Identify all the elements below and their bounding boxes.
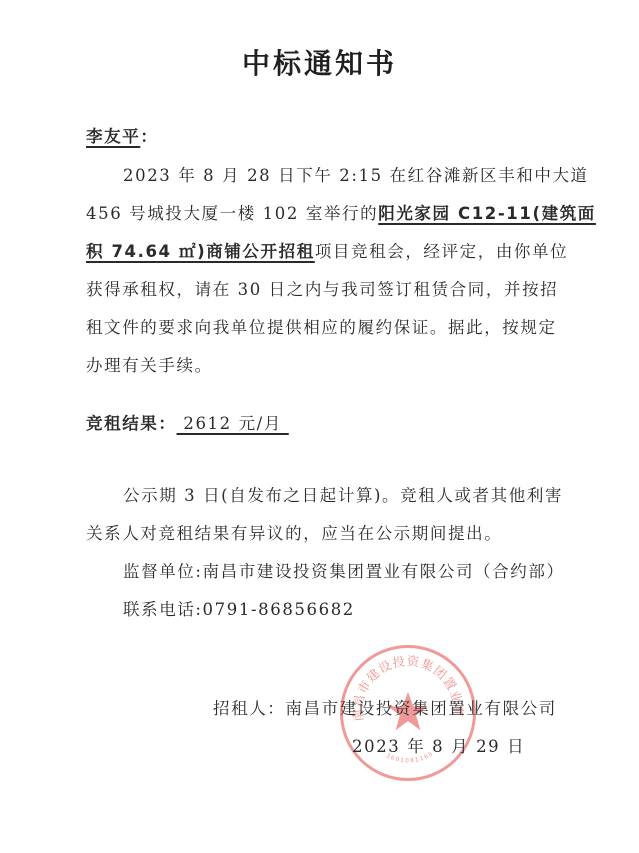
body-line-1: 2023 年 8 月 28 日下午 2:15 在红谷滩新区丰和中大道 — [123, 165, 589, 187]
body-line-3: 积 74.64 ㎡)商铺公开招租项目竞租会，经评定，由你单位 — [86, 241, 568, 263]
notice-line-2: 关系人对竞租结果有异议的，应当在公示期间提出。 — [86, 523, 502, 545]
signer-line: 招租人：南昌市建设投资集团置业有限公司 — [213, 698, 557, 720]
salutation: 李友平： — [86, 126, 158, 148]
notice-line-1: 公示期 3 日(自发布之日起计算)。竞租人或者其他利害 — [123, 485, 563, 507]
body-line-4: 获得承租权，请在 30 日之内与我司签订租赁合同，并按招 — [86, 279, 558, 301]
recipient-name: 李友平 — [86, 127, 140, 146]
body-line-5: 租文件的要求向我单位提供相应的履约保证。据此，按规定 — [86, 317, 557, 339]
body-line-3-plain: 项目竞租会，经评定，由你单位 — [315, 242, 568, 261]
signature-date: 2023 年 8 月 29 日 — [352, 736, 525, 758]
page-title: 中标通知书 — [0, 42, 639, 82]
project-name-part2: 积 74.64 ㎡)商铺公开招租 — [86, 242, 315, 261]
body-line-2-plain: 456 号城投大厦一楼 102 室举行的 — [86, 204, 378, 223]
salutation-colon: ： — [140, 127, 158, 146]
body-line-6: 办理有关手续。 — [86, 355, 213, 377]
bid-result-label: 竞租结果： — [86, 414, 177, 433]
supervisor-line: 监督单位:南昌市建设投资集团置业有限公司（合约部） — [123, 561, 565, 583]
bid-result: 竞租结果： 2612 元/月 — [86, 413, 289, 435]
bid-result-value: 2612 元/月 — [177, 414, 289, 433]
project-name-part1: 阳光家园 C12-11(建筑面 — [378, 204, 596, 223]
contact-phone-line: 联系电话:0791-86856682 — [123, 599, 355, 621]
body-line-2: 456 号城投大厦一楼 102 室举行的阳光家园 C12-11(建筑面 — [86, 203, 596, 225]
